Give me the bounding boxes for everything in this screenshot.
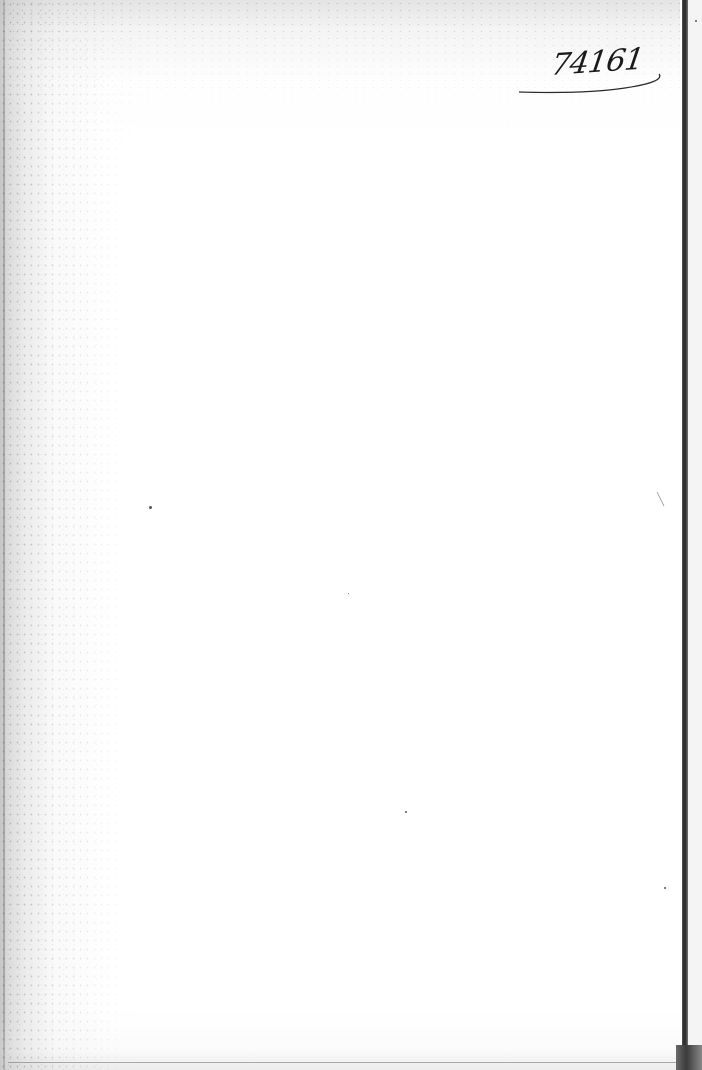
shelfmark-underline xyxy=(515,48,665,98)
paper-speck xyxy=(149,506,152,509)
handwritten-shelfmark: 74161 xyxy=(515,48,665,98)
book-spine-base xyxy=(676,1045,702,1070)
paper-speck xyxy=(348,593,349,594)
book-spine xyxy=(682,0,688,1070)
paper-mark xyxy=(655,490,667,510)
scanned-page: 74161 xyxy=(0,0,702,1070)
paper-speck xyxy=(664,887,666,889)
outer-margin xyxy=(688,0,702,1070)
paper-grain xyxy=(0,0,702,1070)
paper-speck xyxy=(695,20,697,22)
paper-speck xyxy=(405,811,407,813)
